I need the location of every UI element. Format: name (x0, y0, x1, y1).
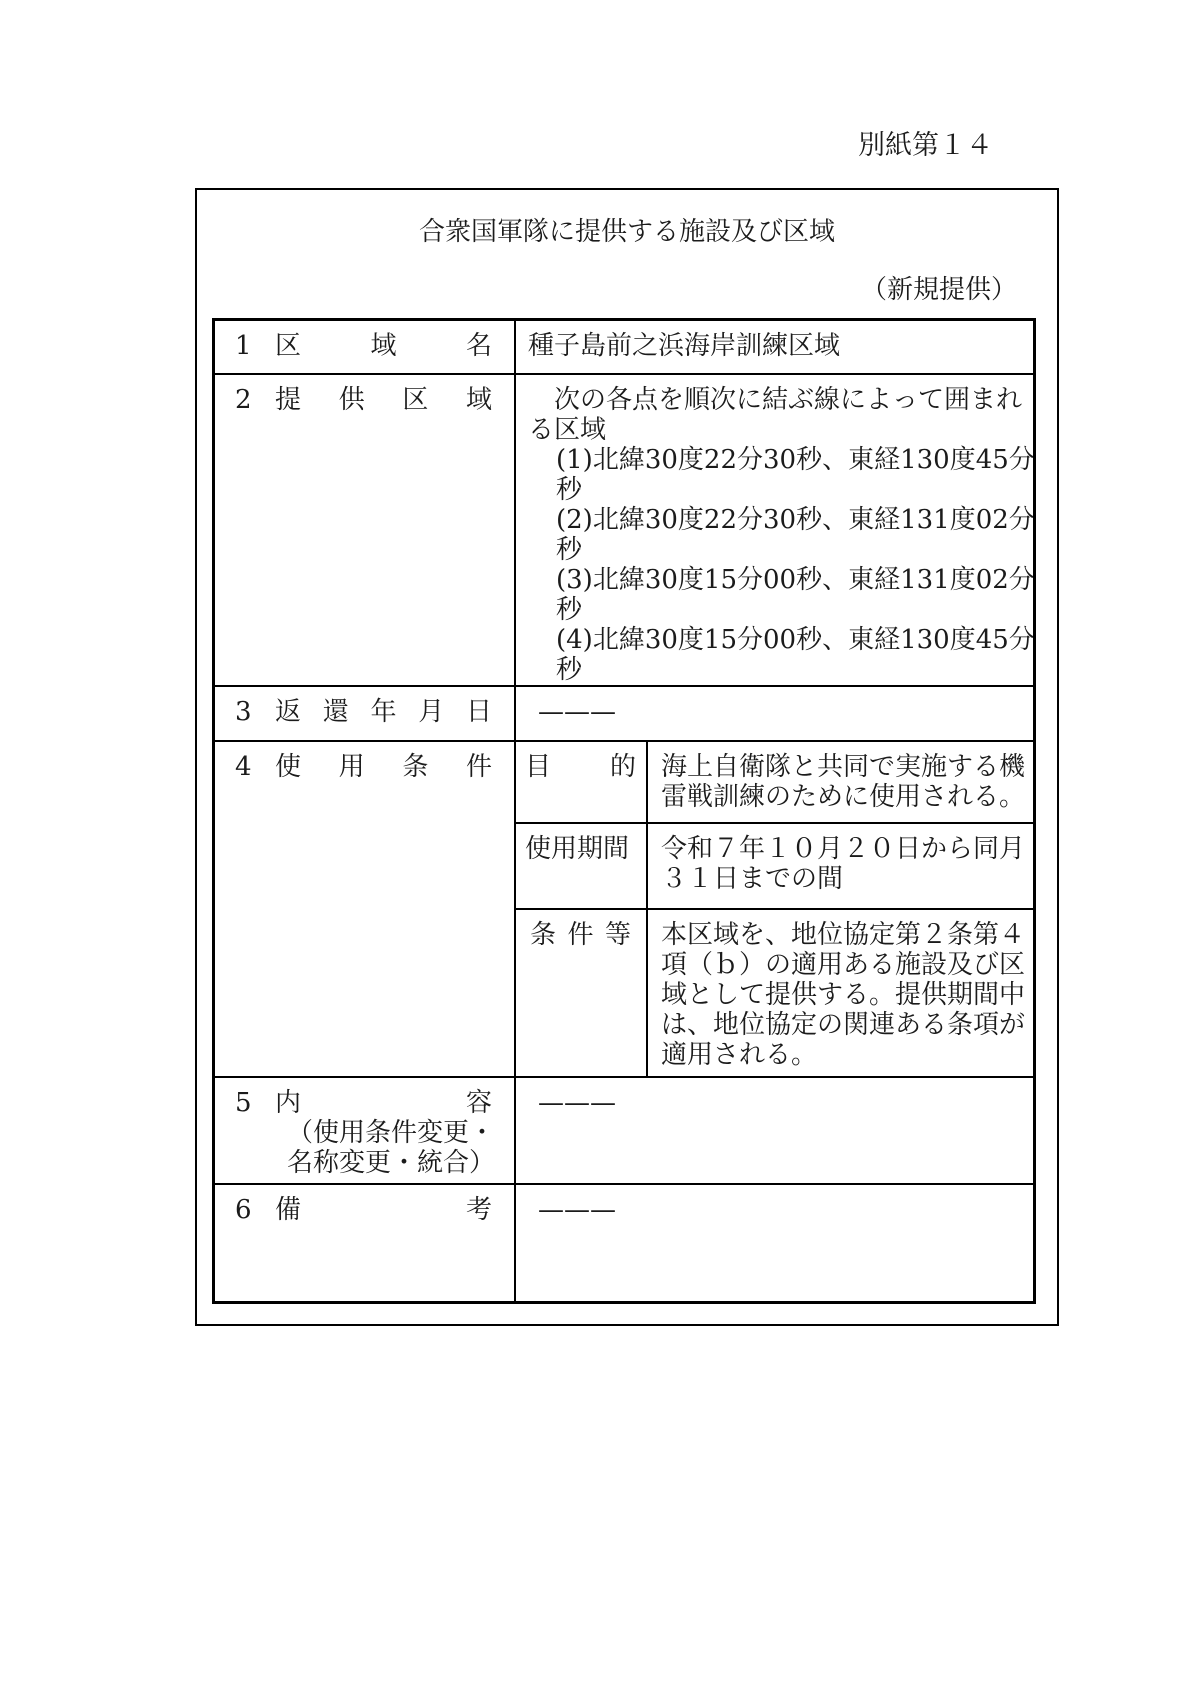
purpose-line: 雷戦訓練のために使用される。 (661, 782, 1025, 812)
row-label: 提供区域 (275, 385, 492, 415)
remarks-value-cell: ——— (516, 1185, 1033, 1301)
area-name-value-cell: 種子島前之浜海岸訓練区域 (516, 321, 1033, 373)
subrow-purpose: 目的 海上自衛隊と共同で実施する機 雷戦訓練のために使用される。 (516, 742, 1033, 822)
row-label-note-line: 名称変更・統合） (287, 1148, 492, 1178)
conditions-value-cell: 本区域を、地位協定第２条第４ 項（ｂ）の適用ある施設及び区 域として提供する。提… (648, 910, 1033, 1076)
row-label: 使用条件 (275, 752, 492, 782)
row-content-changes: 5 内容 （使用条件変更・ 名称変更・統合） ——— (215, 1076, 1033, 1183)
coordinate-line: 秒 (556, 595, 1025, 625)
area-name-value: 種子島前之浜海岸訓練区域 (528, 331, 1025, 361)
row-number: 3 (235, 697, 275, 727)
row-number: 6 (235, 1195, 275, 1225)
coordinate-line: (4)北緯30度15分00秒、東経130度45分00 (556, 625, 1025, 655)
label-line: 6 備考 (235, 1195, 492, 1225)
purpose-label-cell: 目的 (516, 742, 648, 822)
label-line: 2 提供区域 (235, 385, 492, 415)
conditions-line: 本区域を、地位協定第２条第４ (661, 920, 1025, 950)
area-description-line: る区域 (528, 415, 1025, 445)
use-period-label-cell: 使用期間 (516, 824, 648, 908)
row-label-note-line: （使用条件変更・ (287, 1118, 492, 1148)
conditions-line: 適用される。 (661, 1040, 1025, 1070)
conditions-line: 域として提供する。提供期間中 (661, 980, 1025, 1010)
label-line: 4 使用条件 (235, 752, 492, 782)
coordinate-line: (1)北緯30度22分30秒、東経130度45分00 (556, 445, 1025, 475)
conditions-line: は、地位協定の関連ある条項が (661, 1010, 1025, 1040)
content-changes-value-cell: ——— (516, 1078, 1033, 1183)
attachment-label: 別紙第１４ (858, 130, 993, 162)
row-return-date: 3 返還年月日 ——— (215, 685, 1033, 740)
coordinate-point-2: (2)北緯30度22分30秒、東経131度02分30 秒 (556, 505, 1025, 565)
row-provided-area: 2 提供区域 次の各点を順次に結ぶ線によって囲まれ る区域 (1)北緯30度22… (215, 373, 1033, 685)
row-number: 1 (235, 331, 275, 361)
use-conditions-subrows: 目的 海上自衛隊と共同で実施する機 雷戦訓練のために使用される。 使用期間 令和… (516, 742, 1033, 1076)
content-changes-label-cell: 5 内容 （使用条件変更・ 名称変更・統合） (215, 1078, 516, 1183)
row-use-conditions: 4 使用条件 目的 海上自衛隊と共同で実施する機 雷戦訓練のために使用される。 (215, 740, 1033, 1076)
coordinate-point-4: (4)北緯30度15分00秒、東経130度45分00 秒 (556, 625, 1025, 685)
purpose-value-cell: 海上自衛隊と共同で実施する機 雷戦訓練のために使用される。 (648, 742, 1033, 822)
row-remarks: 6 備考 ——— (215, 1183, 1033, 1301)
label-line: 5 内容 (235, 1088, 492, 1118)
blank-dash: ——— (538, 1088, 616, 1118)
coordinate-point-1: (1)北緯30度22分30秒、東経130度45分00 秒 (556, 445, 1025, 505)
conditions-line: 項（ｂ）の適用ある施設及び区 (661, 950, 1025, 980)
use-period-label: 使用期間 (525, 834, 636, 864)
subrow-use-period: 使用期間 令和７年１０月２０日から同月 ３１日までの間 (516, 822, 1033, 908)
use-period-value-cell: 令和７年１０月２０日から同月 ３１日までの間 (648, 824, 1033, 908)
blank-dash: ——— (538, 1195, 616, 1225)
subrow-conditions: 条件等 本区域を、地位協定第２条第４ 項（ｂ）の適用ある施設及び区 域として提供… (516, 908, 1033, 1076)
provision-type-label: （新規提供） (197, 274, 1057, 306)
return-date-label-cell: 3 返還年月日 (215, 687, 516, 740)
document-frame: 合衆国軍隊に提供する施設及び区域 （新規提供） 1 区域名 種子島前之浜海岸訓練… (195, 188, 1059, 1326)
row-number: 5 (235, 1088, 275, 1118)
coordinate-line: (3)北緯30度15分00秒、東経131度02分30 (556, 565, 1025, 595)
coordinate-line: 秒 (556, 475, 1025, 505)
use-conditions-label-cell: 4 使用条件 (215, 742, 516, 1076)
document-page: 別紙第１４ 合衆国軍隊に提供する施設及び区域 （新規提供） 1 区域名 種子島前… (0, 0, 1190, 1683)
provided-area-label-cell: 2 提供区域 (215, 375, 516, 685)
row-number: 2 (235, 385, 275, 415)
row-label: 返還年月日 (275, 697, 492, 727)
row-label: 備考 (275, 1195, 492, 1225)
purpose-label: 目的 (525, 752, 636, 782)
row-number: 4 (235, 752, 275, 782)
use-period-line: ３１日までの間 (661, 864, 1025, 894)
row-label: 内容 (275, 1088, 492, 1118)
row-area-name: 1 区域名 種子島前之浜海岸訓練区域 (215, 321, 1033, 373)
facilities-table: 1 区域名 種子島前之浜海岸訓練区域 2 提供区域 次の各点を順次に (212, 318, 1036, 1304)
label-line: 3 返還年月日 (235, 697, 492, 727)
remarks-label-cell: 6 備考 (215, 1185, 516, 1301)
provided-area-value-cell: 次の各点を順次に結ぶ線によって囲まれ る区域 (1)北緯30度22分30秒、東経… (516, 375, 1033, 685)
blank-dash: ——— (538, 697, 616, 727)
coordinate-line: (2)北緯30度22分30秒、東経131度02分30 (556, 505, 1025, 535)
document-title: 合衆国軍隊に提供する施設及び区域 (197, 216, 1057, 248)
conditions-label: 条件等 (530, 920, 631, 950)
coordinate-line: 秒 (556, 655, 1025, 685)
coordinate-point-3: (3)北緯30度15分00秒、東経131度02分30 秒 (556, 565, 1025, 625)
coordinate-line: 秒 (556, 535, 1025, 565)
purpose-line: 海上自衛隊と共同で実施する機 (661, 752, 1025, 782)
use-period-line: 令和７年１０月２０日から同月 (661, 834, 1025, 864)
conditions-label-cell: 条件等 (516, 910, 648, 1076)
row-label: 区域名 (275, 331, 492, 361)
label-line: 1 区域名 (235, 331, 492, 361)
area-description-line: 次の各点を順次に結ぶ線によって囲まれ (528, 385, 1025, 415)
return-date-value-cell: ——— (516, 687, 1033, 740)
area-name-label-cell: 1 区域名 (215, 321, 516, 373)
